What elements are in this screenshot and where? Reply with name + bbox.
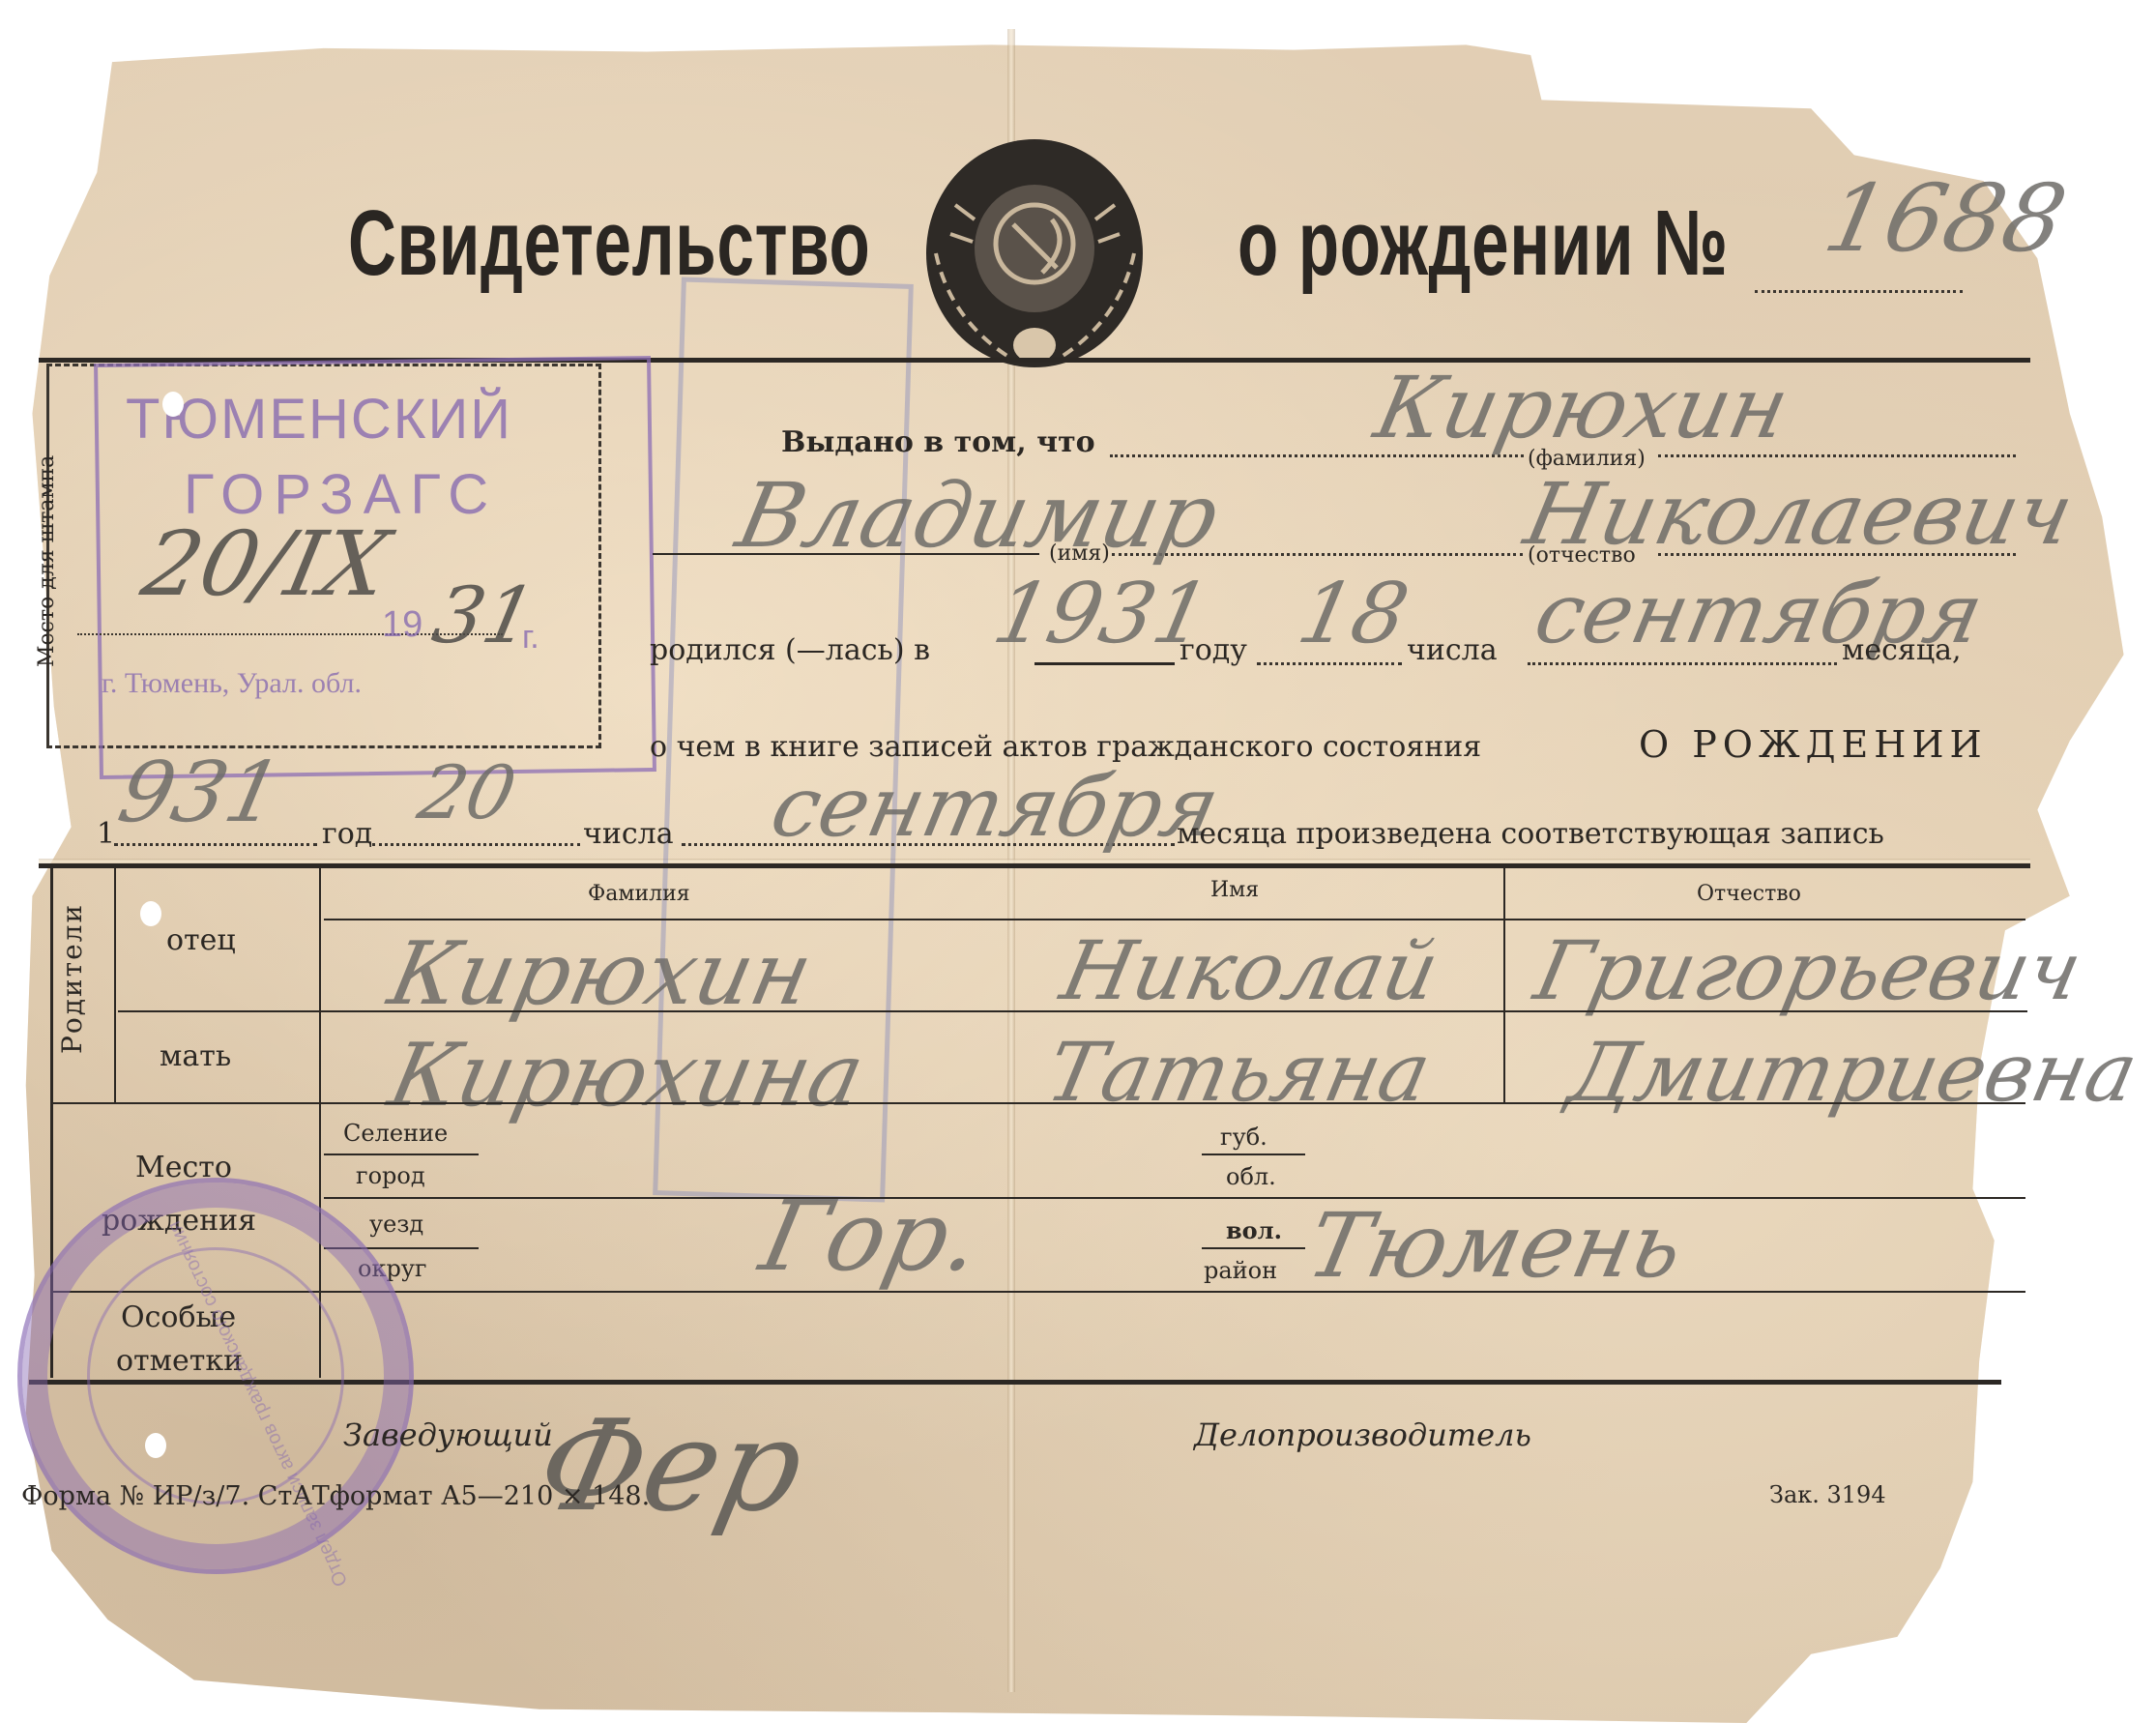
birthplace-sub-settlement: Селение: [343, 1120, 448, 1147]
vol-rule: [1202, 1247, 1305, 1249]
stamp-year-suffix: г.: [522, 619, 539, 657]
head-signature-label: Заведующий: [343, 1416, 553, 1453]
record-day-label: числа: [583, 817, 674, 851]
gub-rule: [1202, 1154, 1305, 1155]
patronymic-value: Николаевич: [1517, 464, 2082, 564]
title-right-text: о рождении №: [1238, 190, 1729, 297]
issued-intro: Выдано в том, что: [781, 425, 1095, 459]
mother-role-label: мать: [160, 1039, 231, 1073]
birthplace-sub-city: город: [356, 1162, 425, 1189]
table-top-rule: [39, 863, 2030, 868]
father-name: Николай: [1054, 923, 1447, 1018]
born-label: родился (—лась) в: [650, 633, 930, 667]
title-left-text: Свидетельство: [348, 190, 870, 297]
birthplace-district-value: Тюмень: [1299, 1194, 1693, 1298]
father-role-label: отец: [166, 923, 236, 957]
settlement-rule: [324, 1154, 479, 1155]
birthplace-sub-raion: район: [1204, 1257, 1277, 1284]
birth-day-value: 18: [1290, 566, 1416, 662]
birthplace-city-value: Гор.: [752, 1180, 991, 1293]
parents-group-label: Родители: [56, 903, 88, 1054]
birth-month-label: месяца,: [1842, 633, 1962, 667]
stamp-area-label: Место для штампа: [35, 455, 59, 667]
father-row-rule: [118, 1010, 2027, 1012]
record-year-value: 931: [110, 745, 289, 841]
form-info: Форма № ИР/з/7. СтАТформат А5—210 × 148.: [21, 1481, 650, 1511]
father-patronymic: Григорьевич: [1528, 923, 2090, 1018]
certificate-number: 1688: [1816, 164, 2075, 273]
name-patronymic-divider: [1503, 865, 1505, 1102]
stamp-year-printed: 19: [382, 604, 422, 646]
record-month-value: сентября: [763, 759, 1227, 856]
birth-year-line: [1034, 662, 1175, 665]
mother-surname: Кирюхина: [381, 1025, 872, 1126]
mother-patronymic: Дмитриевна: [1561, 1025, 2145, 1120]
birthplace-sub-obl: обл.: [1226, 1163, 1276, 1190]
ussr-emblem-icon: [917, 128, 1153, 384]
birth-day-label: числа: [1407, 633, 1498, 667]
surname-value: Кирюхин: [1367, 358, 1797, 457]
birth-month-dotted-line: [1528, 662, 1837, 665]
record-year-dotted-line: [114, 843, 317, 846]
head-signature: Фер: [526, 1392, 816, 1539]
record-type: О РОЖДЕНИИ: [1639, 723, 1988, 766]
parents-group-divider: [114, 865, 116, 1102]
birth-day-dotted-line: [1257, 662, 1402, 665]
column-header-name: Имя: [1210, 878, 1259, 902]
birthplace-mid-rule: [324, 1197, 2025, 1199]
stamp-location: г. Тюмень, Урал. обл.: [102, 667, 362, 700]
birthplace-sub-vol: вол.: [1226, 1216, 1282, 1244]
punch-hole-middle: [140, 901, 161, 926]
mother-name: Татьяна: [1039, 1025, 1439, 1120]
record-day-dotted-line: [372, 843, 580, 846]
number-dotted-line: [1755, 290, 1963, 293]
record-year-label: год: [322, 817, 372, 851]
birthplace-sub-gub: губ.: [1220, 1124, 1267, 1151]
order-number: Зак. 3194: [1769, 1481, 1886, 1508]
stamp-handwritten-date: 20/IX: [134, 512, 398, 616]
column-header-patronymic: Отчество: [1697, 882, 1801, 906]
record-suffix: месяца произведена соответствующая запис…: [1177, 817, 1884, 851]
birthplace-sub-uezd: уезд: [369, 1211, 423, 1238]
punch-hole-bottom: [145, 1433, 166, 1458]
birth-year-label: году: [1180, 633, 1247, 667]
record-day-value: 20: [412, 749, 524, 835]
name-value: Владимир: [729, 464, 1228, 568]
column-header-surname: Фамилия: [588, 882, 690, 906]
title-right: о рождении №: [1238, 190, 1919, 297]
clerk-signature-label: Делопроизводитель: [1194, 1416, 1531, 1453]
header-row-rule: [324, 919, 2025, 920]
mother-row-rule: [53, 1102, 2025, 1104]
stamp-line1: ТЮМЕНСКИЙ: [126, 387, 512, 452]
punch-hole-top: [162, 392, 184, 417]
